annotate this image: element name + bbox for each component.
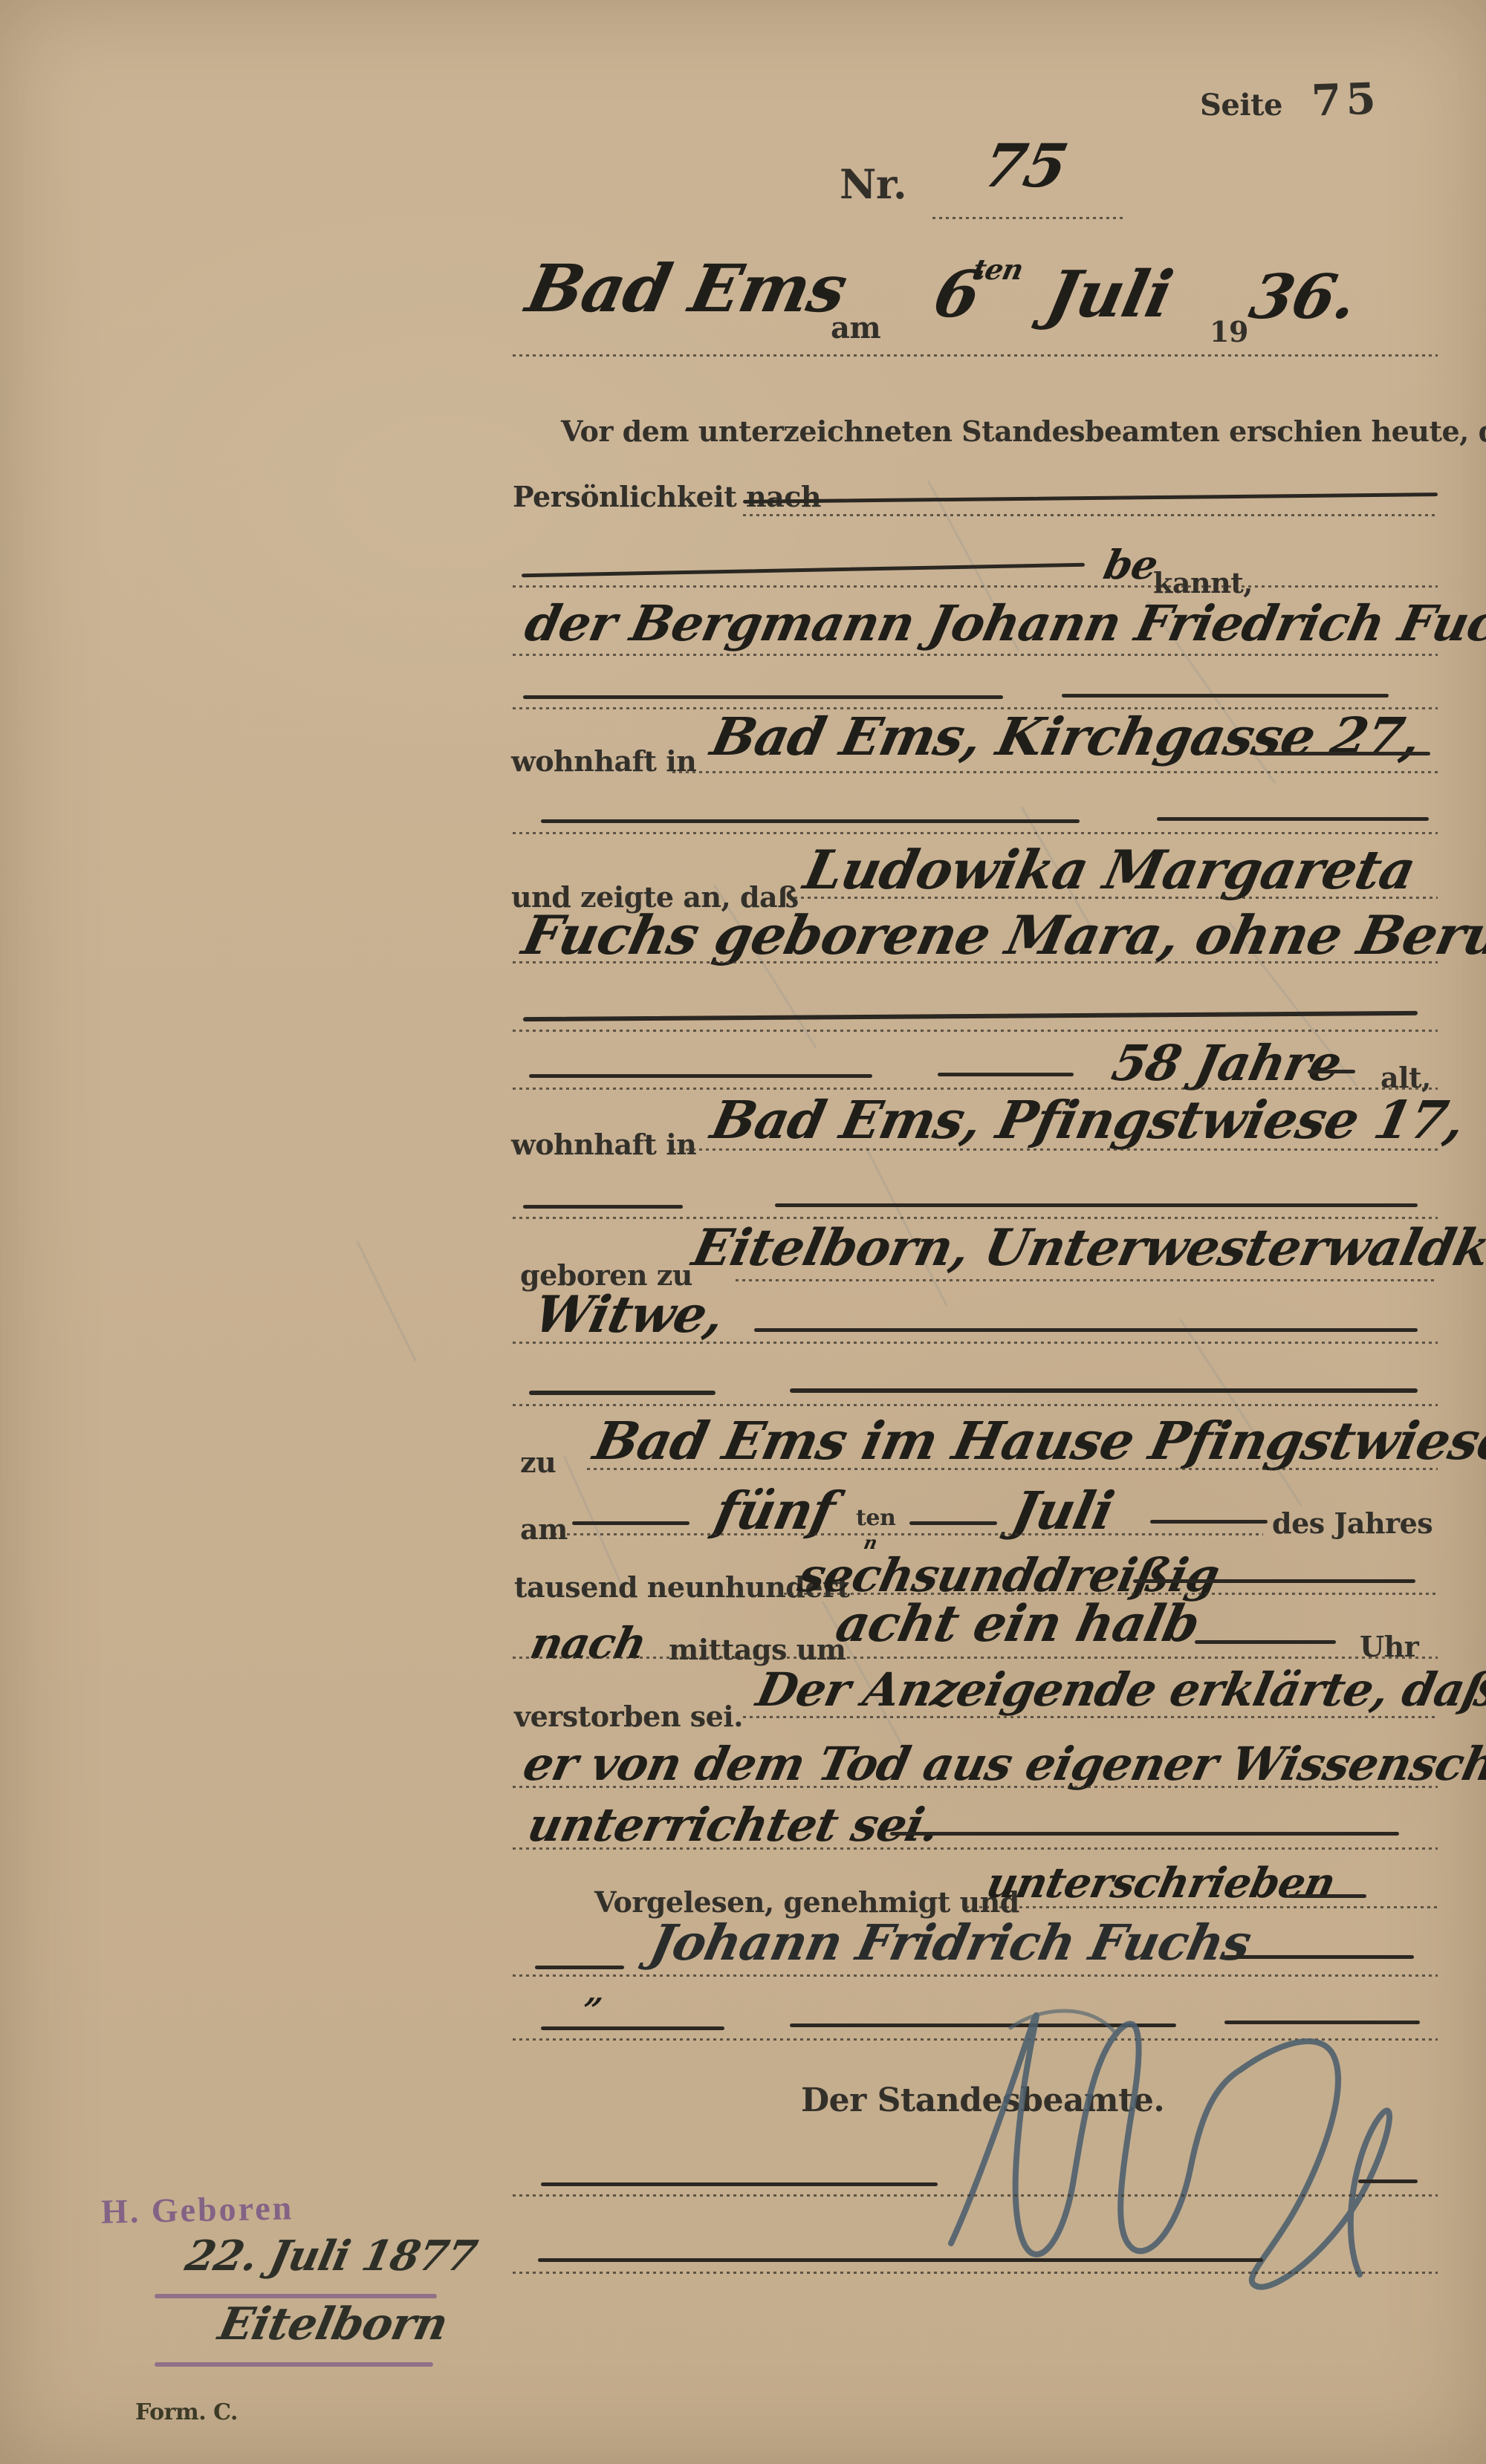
am2-label: am (520, 1512, 568, 1546)
zu-label: zu (520, 1446, 556, 1479)
rule (535, 1966, 624, 1969)
geboren-stamp-label: H. Geboren (100, 2188, 293, 2231)
death-place: Bad Ems im Hause Pfingstwiese 17, (588, 1410, 1486, 1472)
strike-line (909, 1521, 997, 1525)
des-jahres-label: des Jahres (1272, 1506, 1433, 1540)
declarant-line: der Bergmann Johann Friedrich Fuchs, (520, 594, 1486, 652)
rule (790, 1388, 1418, 1393)
rule (775, 1203, 1418, 1207)
rule (513, 585, 1438, 588)
strike-line (572, 1521, 690, 1525)
rule (1358, 2179, 1418, 2183)
rule (513, 1342, 1438, 1344)
rule (541, 819, 1080, 823)
mittags-label: mittags um (669, 1633, 846, 1666)
wohnhaft2-label: wohnhaft in (511, 1128, 696, 1161)
rule (513, 1786, 1438, 1788)
rule (513, 961, 1438, 963)
wohnhaft1-label: wohnhaft in (511, 744, 696, 778)
rule (513, 1847, 1438, 1850)
strike-line (529, 1074, 872, 1078)
death-month: Juli (1007, 1480, 1119, 1541)
rule (554, 1533, 1263, 1535)
rule (1263, 752, 1430, 755)
stamp-rule (155, 2362, 433, 2367)
page-number-stamp: 75 (1311, 73, 1381, 126)
strike-line (1288, 1894, 1366, 1898)
strike-line (522, 563, 1085, 578)
time-value: acht ein halb (831, 1594, 1204, 1654)
age-value: 58 Jahre (1107, 1034, 1346, 1092)
dateline-am-label: am (831, 311, 880, 345)
flourish-mark: „ (583, 1973, 609, 2011)
strike-line (1195, 1640, 1336, 1644)
residence1-value: Bad Ems, Kirchgasse 27, (706, 706, 1427, 767)
seite-label: Seite (1200, 88, 1282, 123)
form-label: Form. C. (135, 2399, 238, 2425)
rule (513, 654, 1438, 656)
declaration-2: er von dem Tod aus eigener Wissenschaft (519, 1737, 1486, 1791)
rule (513, 832, 1438, 834)
nach-hw: nach (526, 1618, 651, 1668)
nr-value: 75 (977, 131, 1073, 201)
rule (513, 2272, 1438, 2274)
rule (1133, 1579, 1415, 1583)
bleed-stroke (356, 1241, 417, 1362)
nr-label: Nr. (840, 160, 906, 208)
official-signature-scrawl (921, 1998, 1412, 2295)
rule (529, 1391, 716, 1395)
deceased-name-2: Fuchs geborene Mara, ohne Beruf, (517, 903, 1486, 966)
birthplace-1: Eitelborn, Unterwesterwaldkreis, (687, 1218, 1486, 1278)
strike-line (1308, 1070, 1355, 1073)
dateline-year-hw: 36. (1244, 261, 1363, 333)
rule (1157, 817, 1429, 821)
declarant-signature: Johann Fridrich Fuchs (645, 1914, 1256, 1971)
rule (1224, 1955, 1414, 1959)
dateline-month: Juli (1040, 257, 1178, 332)
rule (513, 1030, 1438, 1032)
rule (743, 514, 1438, 516)
declaration-3: unterrichtet sei. (523, 1798, 944, 1852)
strike-line (938, 1073, 1074, 1076)
dateline-place: Bad Ems (520, 250, 853, 327)
rule (513, 354, 1438, 357)
rule (513, 1404, 1438, 1406)
rule (541, 2182, 938, 2186)
rule (541, 2026, 724, 2030)
rule (587, 1468, 1438, 1470)
dateline-year-printed: 19 (1210, 315, 1248, 348)
intro-line1: Vor dem unterzeichneten Standesbeamten e… (561, 415, 1486, 448)
death-day: fünf (710, 1480, 840, 1541)
rule (513, 1974, 1438, 1977)
rule (513, 2194, 1438, 2197)
rule (1062, 694, 1389, 698)
verstorben-label: verstorben sei. (514, 1700, 743, 1733)
ten-label: ten (856, 1505, 895, 1531)
deceased-name-1: Ludowika Margareta (799, 838, 1421, 901)
dateline-day-suffix: ten (970, 253, 1026, 286)
stamp-place: Eitelborn (214, 2298, 452, 2350)
rule (523, 1011, 1418, 1021)
stamp-date: 22. Juli 1877 (181, 2231, 481, 2281)
rule (754, 1328, 1418, 1332)
strike-line (743, 493, 1438, 504)
intro-line2: Persönlichkeit nach (513, 480, 821, 513)
rule (890, 1832, 1399, 1836)
declaration-1: Der Anzeigende erklärte, daß (752, 1662, 1486, 1717)
rule (932, 217, 1126, 219)
birthplace-2: Witwe, (529, 1285, 729, 1345)
rule (523, 1205, 683, 1209)
rule (966, 1906, 1438, 1908)
residence2-value: Bad Ems, Pfingstwiese 17, (706, 1089, 1470, 1151)
strike-line (1150, 1520, 1268, 1524)
rule (513, 1657, 1438, 1659)
rule (672, 771, 1438, 773)
rule (788, 897, 1438, 899)
rule (736, 1279, 1438, 1281)
rule (743, 1716, 1438, 1718)
rule (672, 1148, 1438, 1151)
rule (538, 2258, 1263, 2262)
death-register-page: Seite 75 Nr. 75 Bad Ems am 6 ten Juli 19… (0, 0, 1486, 2464)
rule (523, 695, 1003, 699)
unterschrieben-hw: unterschrieben (982, 1859, 1340, 1908)
